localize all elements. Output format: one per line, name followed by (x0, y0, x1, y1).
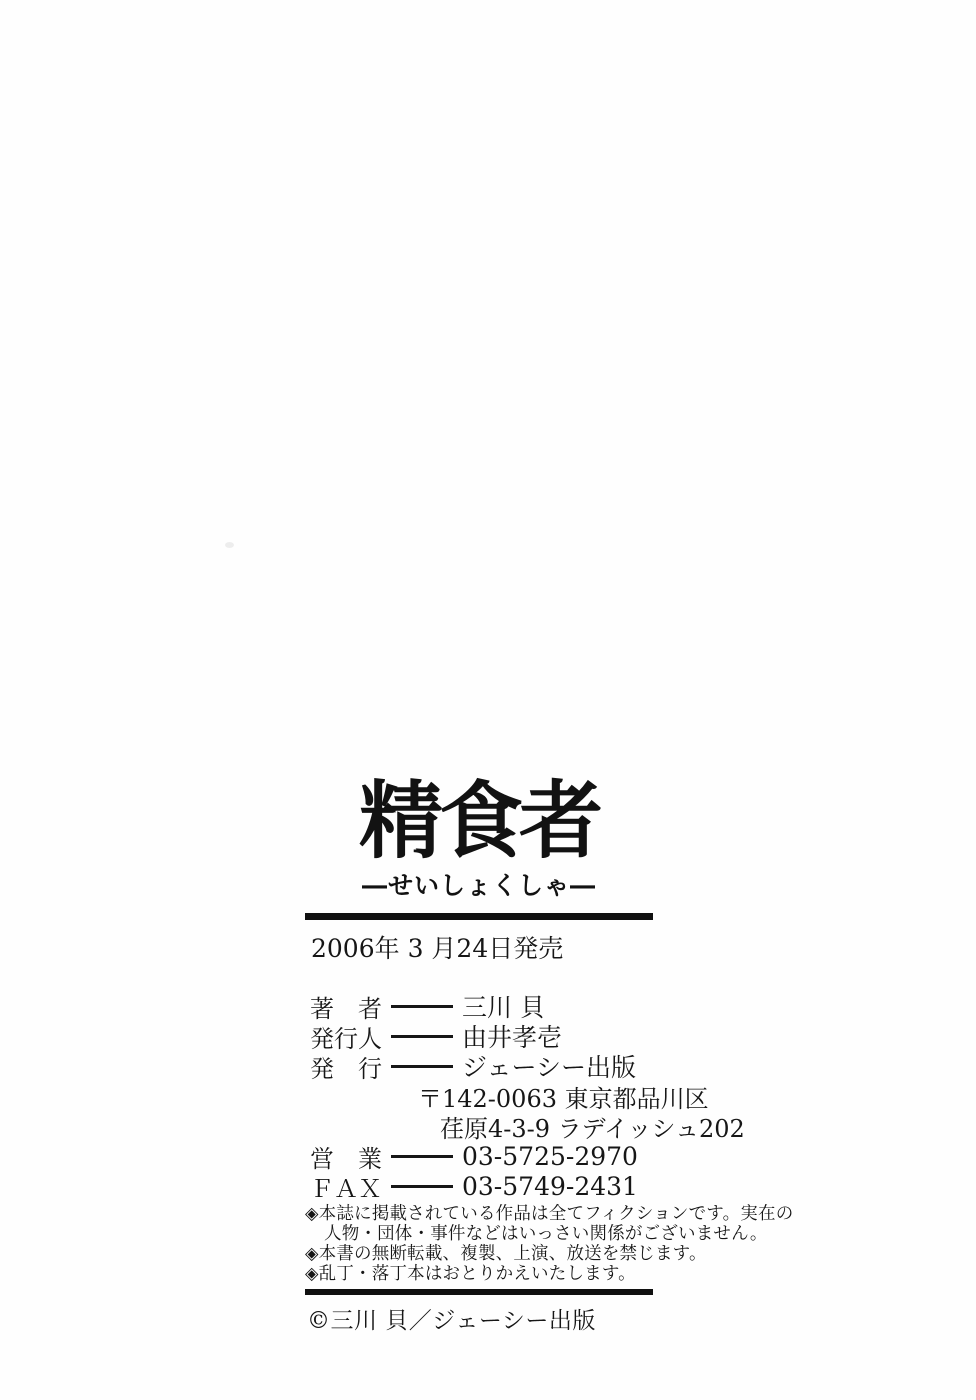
publisher-address-line-1: 〒142-0063 東京都品川区 (310, 1081, 653, 1111)
contact-label: ＦＡＸ (310, 1169, 388, 1204)
credit-row-publisher-company: 発 行 ジェーシー出版 (310, 1051, 653, 1081)
note-defective-copy-exchange: ◈乱丁・落丁本はおとりかえいたします。 (305, 1264, 653, 1284)
scan-artifact-speck (225, 542, 234, 548)
dash-line (391, 1035, 453, 1038)
publisher-address-line-2: 荏原4-3-9 ラデイッシュ202 (310, 1111, 653, 1141)
note-fiction-disclaimer: ◈本誌に掲載されている作品は全てフィクションです。実在の (305, 1204, 653, 1224)
copyright-line: ©三川 貝／ジェーシー出版 (305, 1302, 653, 1335)
note-fiction-disclaimer-continued: 人物・団体・事件などはいっさい関係がございません。 (305, 1224, 653, 1244)
contact-phone: 03-5725-2970 (462, 1142, 638, 1171)
dash-line (391, 1185, 453, 1188)
dash-line (391, 1065, 453, 1068)
contact-row-fax: ＦＡＸ 03-5749-2431 (310, 1171, 653, 1201)
colophon-block: 精食者 ―せいしょくしゃ― 2006年 3 月24日発売 著 者 三川 貝 発行… (305, 779, 653, 1335)
credit-label: 発 行 (310, 1049, 388, 1084)
book-title: 精食者 (305, 779, 653, 863)
credit-row-publisher-person: 発行人 由井孝壱 (310, 1021, 653, 1051)
dash-line (391, 1005, 453, 1008)
contact-row-sales: 営 業 03-5725-2970 (310, 1141, 653, 1171)
legal-notes: ◈本誌に掲載されている作品は全てフィクションです。実在の 人物・団体・事件などは… (305, 1204, 653, 1284)
divider-rule-bottom (305, 1289, 653, 1295)
credit-row-author: 著 者 三川 貝 (310, 991, 653, 1021)
dash-line (391, 1155, 453, 1158)
contact-fax: 03-5749-2431 (462, 1172, 638, 1201)
publication-info: 著 者 三川 貝 発行人 由井孝壱 発 行 ジェーシー出版 〒142-0063 … (305, 991, 653, 1201)
note-reproduction-prohibited: ◈本書の無断転載、複製、上演、放送を禁じます。 (305, 1244, 653, 1264)
book-title-reading: ―せいしょくしゃ― (305, 866, 653, 902)
release-date: 2006年 3 月24日発売 (305, 929, 653, 965)
divider-rule-top (305, 913, 653, 920)
scanned-colophon-page: 精食者 ―せいしょくしゃ― 2006年 3 月24日発売 著 者 三川 貝 発行… (0, 0, 976, 1400)
